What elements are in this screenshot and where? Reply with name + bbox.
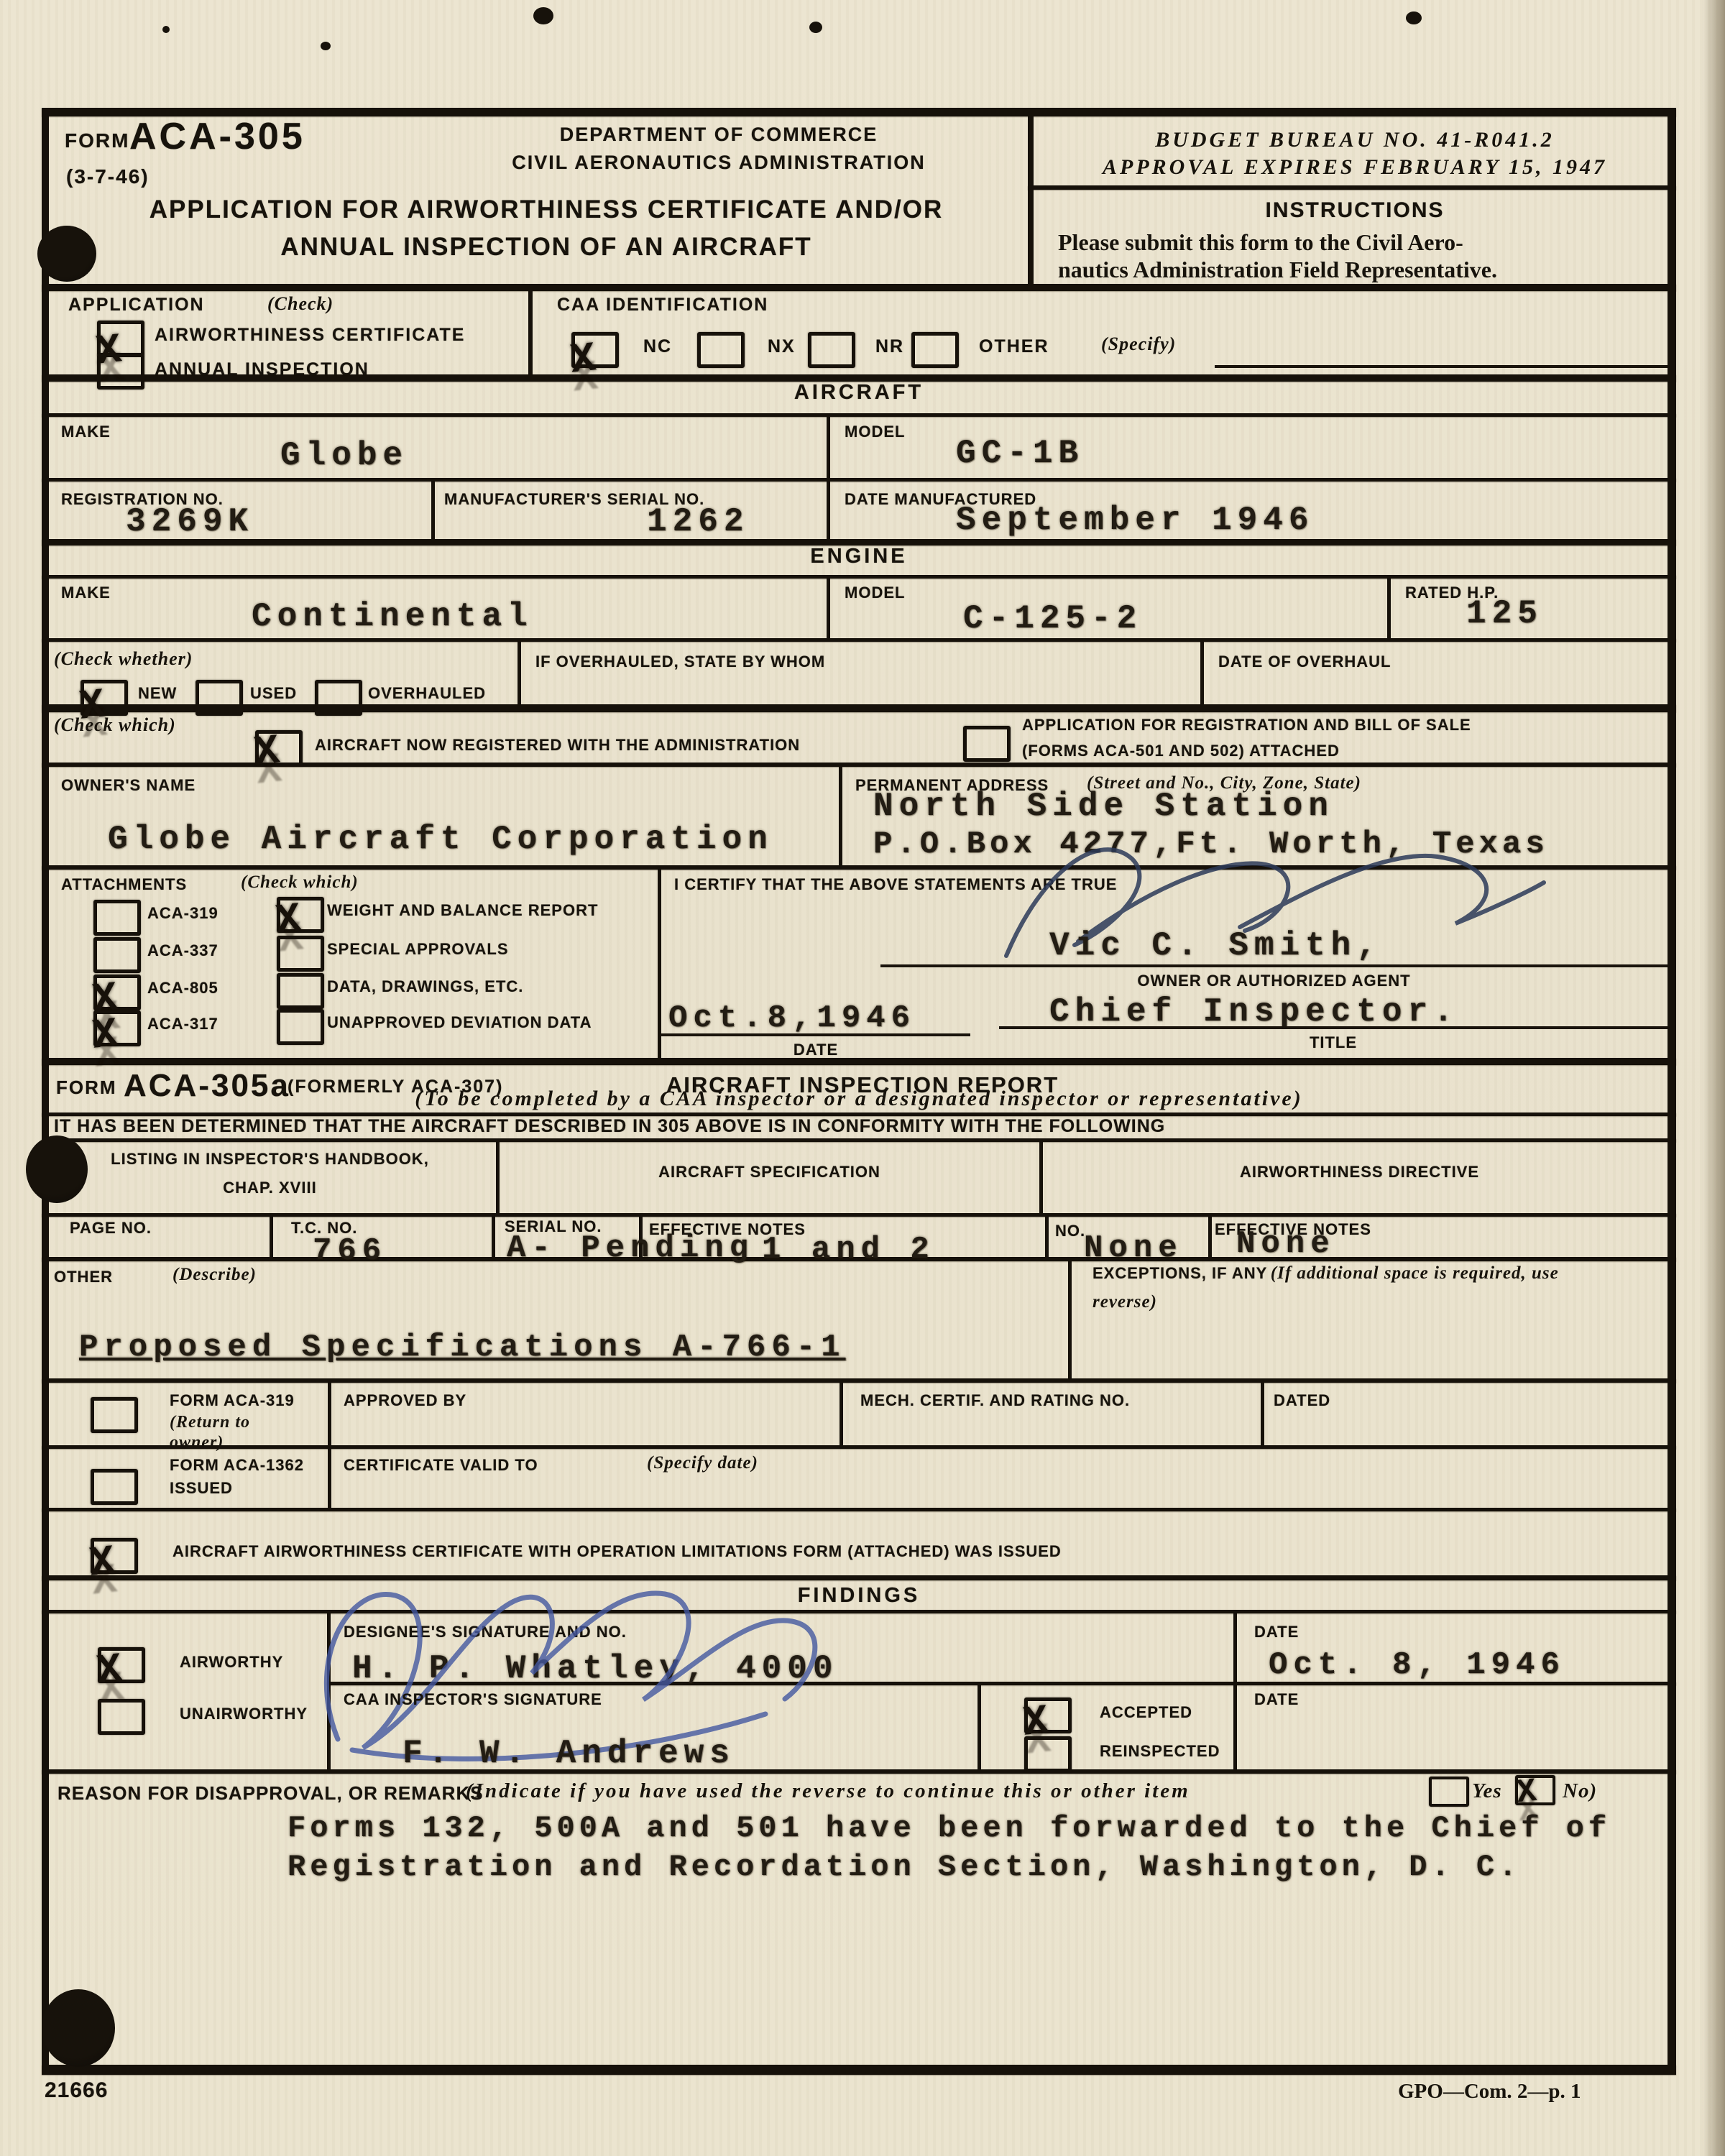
form-title-line2: ANNUAL INSPECTION OF AN AIRCRAFT (93, 233, 999, 262)
grid-line (42, 1508, 1676, 1511)
aca-317-label: ACA-317 (147, 1015, 218, 1033)
certificate-issued-checkbox: X (91, 1538, 138, 1574)
exceptions-note1: (If additional space is required, use (1271, 1263, 1559, 1283)
form-title: APPLICATION FOR AIRWORTHINESS CERTIFICAT… (93, 195, 999, 262)
grid-line (42, 1138, 1676, 1142)
date-manufactured-value: September 1946 (956, 502, 1314, 539)
grid-line (42, 1445, 1676, 1449)
ink-speck (162, 26, 170, 33)
bill-of-sale-label-line2: (FORMS ACA-501 AND 502) ATTACHED (1022, 742, 1340, 760)
other-describe-value: Proposed Specifications A-766-1 (79, 1330, 846, 1365)
aca-805-checkbox: X (93, 975, 141, 1010)
grid-line (327, 1613, 331, 1769)
signature-line (880, 964, 1667, 967)
grid-line (431, 482, 435, 539)
engine-new-label: NEW (138, 684, 177, 703)
instructions-title-text: INSTRUCTIONS (1266, 198, 1445, 222)
grid-line (42, 1769, 1676, 1774)
certify-date-label: DATE (793, 1041, 838, 1059)
airworthy-label: AIRWORTHY (180, 1653, 283, 1672)
certify-statement: I CERTIFY THAT THE ABOVE STATEMENTS ARE … (674, 875, 1117, 894)
aca-337-label: ACA-337 (147, 941, 218, 960)
footer-stock-number: 21666 (45, 2078, 108, 2103)
application-label-note: (Check) (267, 293, 333, 315)
grid-line (1261, 1383, 1264, 1445)
grid-line (528, 291, 533, 374)
col3-header: AIRWORTHINESS DIRECTIVE (1043, 1163, 1676, 1181)
grid-line (42, 1378, 1676, 1383)
check-whether-note: (Check whether) (54, 648, 193, 670)
engine-model-value: C-125-2 (963, 600, 1142, 637)
engine-overhauled-label: OVERHAULED (368, 684, 486, 703)
nc-label: NC (643, 336, 672, 357)
findings-section-title: FINDINGS (42, 1584, 1676, 1608)
x-mark: X (569, 336, 598, 384)
certificate-issued-label: AIRCRAFT AIRWORTHINESS CERTIFICATE WITH … (172, 1542, 1062, 1561)
nr-checkbox (808, 332, 855, 368)
form-aca-319-label: FORM ACA-319 (170, 1391, 295, 1410)
caa-identification-label: CAA IDENTIFICATION (557, 295, 768, 315)
engine-overhauled-checkbox (315, 680, 362, 716)
grid-line (1233, 1613, 1237, 1769)
grid-line (42, 704, 1676, 712)
punch-hole (42, 1989, 115, 2067)
reinspected-label: REINSPECTED (1100, 1742, 1220, 1761)
airworthiness-certificate-checkbox: X (97, 321, 144, 356)
registered-label: AIRCRAFT NOW REGISTERED WITH THE ADMINIS… (315, 736, 800, 755)
aircraft-section-title: AIRCRAFT (42, 381, 1676, 405)
exceptions-label: EXCEPTIONS, IF ANY (1092, 1264, 1267, 1282)
other-specify-line (1215, 365, 1667, 368)
remarks-no-label: No) (1563, 1779, 1597, 1803)
approved-by-label: APPROVED BY (344, 1391, 466, 1410)
accepted-label: ACCEPTED (1100, 1703, 1192, 1722)
budget-line1: BUDGET BUREAU NO. 41-R041.2 (1049, 128, 1660, 152)
check-which-note: (Check which) (54, 714, 176, 736)
findings-date-label: DATE (1254, 1623, 1299, 1641)
form-label: FORM (65, 129, 129, 152)
data-drawings-label: DATA, DRAWINGS, ETC. (327, 977, 523, 996)
designee-signature-value: H. P. Whatley, 4000 (352, 1650, 839, 1687)
determination-statement: IT HAS BEEN DETERMINED THAT THE AIRCRAFT… (54, 1116, 1165, 1137)
form-number: ACA-305 (129, 115, 305, 158)
x-mark: X (88, 1539, 117, 1588)
bill-of-sale-checkbox (963, 726, 1011, 762)
remarks-line2: Registration and Recordation Section, Wa… (287, 1850, 1521, 1884)
form-aca-1362-checkbox (91, 1469, 138, 1505)
col1-header: LISTING IN INSPECTOR'S HANDBOOK, CHAP. X… (42, 1150, 498, 1197)
other-describe-label: OTHER (54, 1268, 113, 1286)
page-no-label: PAGE NO. (70, 1219, 152, 1238)
aca-319-label: ACA-319 (147, 904, 218, 923)
tc-no-value: 766 (313, 1233, 387, 1269)
unapproved-deviation-label: UNAPPROVED DEVIATION DATA (327, 1013, 592, 1032)
grid-line (1068, 1261, 1072, 1378)
accepted-checkbox: X (1024, 1697, 1072, 1733)
remarks-line1: Forms 132, 500A and 501 have been forwar… (287, 1811, 1611, 1846)
punch-hole (26, 1135, 88, 1203)
attachments-label-note: (Check which) (241, 872, 359, 893)
findings-date2-label: DATE (1254, 1690, 1299, 1709)
grid-line (658, 870, 661, 1058)
engine-used-checkbox (195, 680, 243, 716)
weight-balance-checkbox: X (277, 897, 324, 933)
owner-signature-name: Vic C. Smith, (1049, 927, 1382, 964)
other-label: OTHER (979, 336, 1049, 357)
col1-line1: LISTING IN INSPECTOR'S HANDBOOK, (42, 1150, 498, 1169)
grid-line (42, 575, 1676, 579)
grid-line (42, 1213, 1676, 1217)
aircraft-model-label: MODEL (845, 423, 905, 441)
budget-line2: APPROVAL EXPIRES FEBRUARY 15, 1947 (1049, 155, 1660, 180)
ink-speck (533, 7, 553, 24)
exceptions-block: EXCEPTIONS, IF ANY (If additional space … (1092, 1263, 1667, 1312)
certificate-valid-note: (Specify date) (647, 1453, 758, 1473)
certify-title-value: Chief Inspector. (1049, 993, 1459, 1031)
grid-line (827, 417, 830, 478)
x-mark: X (95, 1646, 124, 1695)
grid-line (42, 865, 1676, 870)
aca-319-checkbox (93, 900, 141, 936)
other-describe-note: (Describe) (172, 1265, 257, 1285)
remarks-no-checkbox: X (1515, 1775, 1555, 1805)
special-approvals-checkbox (277, 936, 324, 972)
grid-line (492, 1217, 495, 1257)
date-line (661, 1033, 970, 1036)
special-approvals-label: SPECIAL APPROVALS (327, 940, 509, 959)
grid-line (1387, 579, 1391, 638)
unairworthy-checkbox (98, 1699, 145, 1735)
title-label-wrap: TITLE (999, 1033, 1667, 1052)
grid-line (42, 478, 1676, 482)
airworthy-checkbox: X (98, 1647, 145, 1683)
certify-date-value: Oct.8,1946 (668, 1000, 916, 1036)
remarks-label: REASON FOR DISAPPROVAL, OR REMARKS (57, 1782, 484, 1805)
remarks-yes-label: Yes (1472, 1779, 1502, 1803)
date-label-wrap: DATE (661, 1041, 970, 1059)
grid-line (839, 1383, 843, 1445)
address-line2: P.O.Box 4277,Ft. Worth, Texas (873, 826, 1549, 862)
aca-337-checkbox (93, 937, 141, 973)
owner-name-value: Globe Aircraft Corporation (108, 821, 773, 858)
x-mark: X (252, 728, 282, 777)
mech-certif-label: MECH. CERTIF. AND RATING NO. (860, 1391, 1130, 1410)
overhauled-by-label: IF OVERHAULED, STATE BY WHOM (535, 653, 825, 671)
application-label: APPLICATION (68, 295, 205, 315)
page-edge-shadow (1702, 0, 1725, 2156)
remarks-yes-checkbox (1429, 1777, 1469, 1807)
date-of-overhaul-label: DATE OF OVERHAUL (1218, 653, 1391, 671)
effective-notes-value: 1 and 2 (762, 1232, 935, 1268)
grid-line (42, 1575, 1676, 1580)
attachments-label: ATTACHMENTS (61, 875, 187, 894)
grid-line (328, 1383, 331, 1508)
data-drawings-checkbox (277, 973, 324, 1009)
designee-signature-label: DESIGNEE'S SIGNATURE AND NO. (344, 1623, 627, 1641)
nx-label: NX (768, 336, 796, 357)
aca-805-label: ACA-805 (147, 979, 218, 998)
form-aca-1362-issued-label: ISSUED (170, 1479, 233, 1498)
address-line1: North Side Station (873, 788, 1334, 825)
aircraft-make-value: Globe (280, 437, 408, 474)
grid-line (1045, 1217, 1049, 1257)
weight-balance-label: WEIGHT AND BALANCE REPORT (327, 901, 598, 920)
col3-label: AIRWORTHINESS DIRECTIVE (1240, 1163, 1479, 1181)
rated-hp-value: 125 (1466, 595, 1543, 632)
aircraft-make-label: MAKE (61, 423, 111, 441)
col2-label: AIRCRAFT SPECIFICATION (658, 1163, 880, 1181)
other-label-note: (Specify) (1101, 333, 1176, 355)
annual-inspection-label: ANNUAL INSPECTION (155, 359, 369, 380)
instructions-text: Please submit this form to the Civil Aer… (1058, 229, 1676, 283)
form-aca-319-note2: owner) (170, 1433, 224, 1452)
engine-make-value: Continental (252, 598, 533, 635)
engine-section-title: ENGINE (42, 545, 1676, 568)
inspection-subtitle-wrap: (To be completed by a CAA inspector or a… (42, 1087, 1676, 1111)
punch-hole (37, 226, 96, 282)
department-line2: CIVIL AERONAUTICS ADMINISTRATION (446, 152, 992, 174)
form-revision: (3-7-46) (66, 165, 149, 188)
department-name: DEPARTMENT OF COMMERCE CIVIL AERONAUTICS… (446, 124, 992, 174)
other-checkbox (911, 332, 959, 368)
ad-no-value: None (1084, 1230, 1183, 1266)
instructions-title: INSTRUCTIONS (1049, 198, 1660, 223)
grid-line (1200, 642, 1204, 704)
remarks-note: (Indicate if you have used the reverse t… (466, 1779, 1190, 1803)
col1-line2: CHAP. XVIII (42, 1179, 498, 1197)
exceptions-note2: reverse) (1092, 1292, 1667, 1312)
engine-new-checkbox: X (80, 680, 128, 716)
registered-checkbox: X (255, 730, 303, 766)
ink-speck (321, 42, 331, 50)
grid-line (270, 1217, 273, 1257)
grid-line (42, 2065, 1676, 2075)
certificate-valid-label: CERTIFICATE VALID TO (344, 1456, 538, 1475)
form-aca-1362-label: FORM ACA-1362 (170, 1456, 304, 1475)
nc-checkbox: X (571, 332, 619, 368)
grid-line (42, 1610, 1676, 1613)
nr-label: NR (875, 336, 904, 357)
grid-line (839, 767, 842, 865)
grid-line (1028, 108, 1034, 291)
caa-inspector-signature-value: F. W. Andrews (402, 1735, 735, 1772)
instructions-line2: nautics Administration Field Representat… (1058, 256, 1676, 283)
engine-used-label: USED (250, 684, 297, 703)
unairworthy-label: UNAIRWORTHY (180, 1705, 308, 1723)
grid-line (827, 482, 830, 539)
grid-line (517, 642, 521, 704)
grid-line (827, 579, 830, 638)
dated-label: DATED (1274, 1391, 1330, 1410)
signer-label: OWNER OR AUTHORIZED AGENT (1137, 972, 1410, 990)
form-aca-319-note1: (Return to (170, 1413, 250, 1432)
findings-date-value: Oct. 8, 1946 (1269, 1647, 1565, 1683)
ink-speck (1406, 11, 1422, 24)
engine-make-label: MAKE (61, 584, 111, 602)
instructions-line1: Please submit this form to the Civil Aer… (1058, 229, 1676, 256)
inspection-subtitle: (To be completed by a CAA inspector or a… (415, 1087, 1302, 1110)
grid-line (1208, 1217, 1212, 1257)
unapproved-deviation-checkbox (277, 1009, 324, 1045)
grid-line (42, 284, 1676, 291)
form-title-line1: APPLICATION FOR AIRWORTHINESS CERTIFICAT… (93, 195, 999, 224)
grid-line (977, 1685, 981, 1769)
registration-no-value: 3269K (126, 503, 254, 540)
x-mark: X (91, 1011, 120, 1060)
ink-speck (809, 22, 822, 33)
airworthiness-certificate-label: AIRWORTHINESS CERTIFICATE (155, 325, 465, 346)
ad-notes-value: None (1236, 1226, 1335, 1262)
department-line1: DEPARTMENT OF COMMERCE (446, 124, 992, 146)
bill-of-sale-label-line1: APPLICATION FOR REGISTRATION AND BILL OF… (1022, 716, 1471, 734)
title-line (999, 1026, 1667, 1029)
col2-header: AIRCRAFT SPECIFICATION (500, 1163, 1039, 1181)
scanned-form: FORM ACA-305 (3-7-46) DEPARTMENT OF COMM… (0, 0, 1725, 2156)
budget-bureau: BUDGET BUREAU NO. 41-R041.2 APPROVAL EXP… (1049, 128, 1660, 180)
grid-line (1028, 185, 1676, 190)
signer-label-wrap: OWNER OR AUTHORIZED AGENT (880, 972, 1667, 990)
mfr-serial-value: 1262 (647, 503, 749, 540)
engine-model-label: MODEL (845, 584, 905, 602)
footer-gpo: GPO—Com. 2—p. 1 (1398, 2080, 1581, 2104)
aca-317-checkbox: X (93, 1010, 141, 1046)
owner-name-label: OWNER'S NAME (61, 776, 195, 795)
caa-inspector-signature-label: CAA INSPECTOR'S SIGNATURE (344, 1690, 602, 1709)
certify-title-label: TITLE (1310, 1033, 1357, 1051)
nx-checkbox (697, 332, 745, 368)
grid-line (42, 413, 1676, 417)
x-mark: X (1514, 1773, 1538, 1812)
grid-line (42, 638, 1676, 642)
reinspected-checkbox (1024, 1736, 1072, 1772)
ad-no-label: NO. (1055, 1222, 1085, 1240)
aircraft-model-value: GC-1B (956, 435, 1084, 472)
form-aca-319-checkbox (91, 1397, 138, 1433)
